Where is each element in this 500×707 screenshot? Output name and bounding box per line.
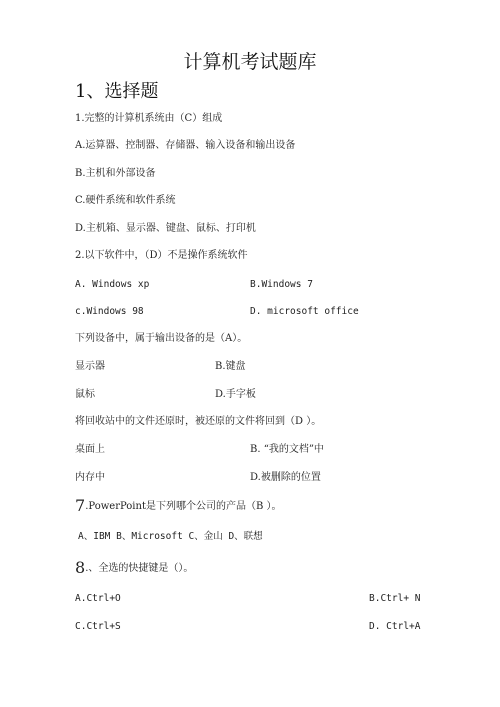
question-4-option-c: 内存中 — [75, 472, 105, 484]
question-8-option-b: B.Ctrl+ N — [369, 593, 420, 605]
question-2-option-d: D. microsoft office — [250, 306, 359, 318]
question-7-number: 7 — [75, 496, 85, 515]
question-8-stem: 8.、全选的快捷键是（）。 — [75, 562, 193, 575]
question-1-stem: 1.完整的计算机系统由（C）组成 — [75, 113, 222, 125]
question-1-option-d: D.主机箱、显示器、键盘、鼠标、打印机 — [75, 223, 256, 235]
question-1-option-c: C.硬件系统和软件系统 — [75, 195, 175, 207]
section-heading: 1、选择题 — [75, 77, 158, 103]
question-8-text: .、全选的快捷键是（）。 — [85, 563, 193, 574]
question-2-option-b: B.Windows 7 — [250, 279, 313, 291]
question-2-option-c: c.Windows 98 — [75, 306, 144, 318]
question-4-option-b: B. “我的文档”中 — [250, 444, 324, 456]
question-3-option-b: B.键盘 — [215, 361, 246, 373]
document-title: 计算机考试题库 — [0, 47, 500, 74]
question-8-option-c: C.Ctrl+S — [75, 621, 121, 633]
question-8-option-d: D. Ctrl+A — [369, 621, 420, 633]
question-3-option-c: 鼠标 — [75, 389, 95, 401]
question-1-option-a: A.运算器、控制器、存储器、输入设备和输出设备 — [75, 140, 295, 152]
question-2-option-a: A. Windows xp — [75, 279, 149, 291]
question-1-option-b: B.主机和外部设备 — [75, 168, 156, 180]
question-8-number: 8 — [75, 558, 85, 577]
question-4-option-d: D.被删除的位置 — [250, 472, 321, 484]
question-7-options: A、IBM B、Microsoft C、金山 D、联想 — [78, 531, 263, 543]
question-7-text: .PowerPoint是下列哪个公司的产品（B ）。 — [85, 501, 281, 512]
question-8-option-a: A.Ctrl+O — [75, 593, 121, 605]
question-4-option-a: 桌面上 — [75, 444, 105, 456]
question-4-stem: 将回收站中的文件还原时，被还原的文件将回到（D ）。 — [75, 416, 321, 428]
question-3-stem: 下列设备中，属于输出设备的是（A）。 — [75, 333, 247, 345]
question-7-stem: 7.PowerPoint是下列哪个公司的产品（B ）。 — [75, 500, 282, 513]
question-3-option-d: D.手字板 — [215, 389, 256, 401]
question-2-stem: 2.以下软件中，（D）不是操作系统软件 — [75, 250, 248, 262]
question-3-option-a: 显示器 — [75, 361, 105, 373]
